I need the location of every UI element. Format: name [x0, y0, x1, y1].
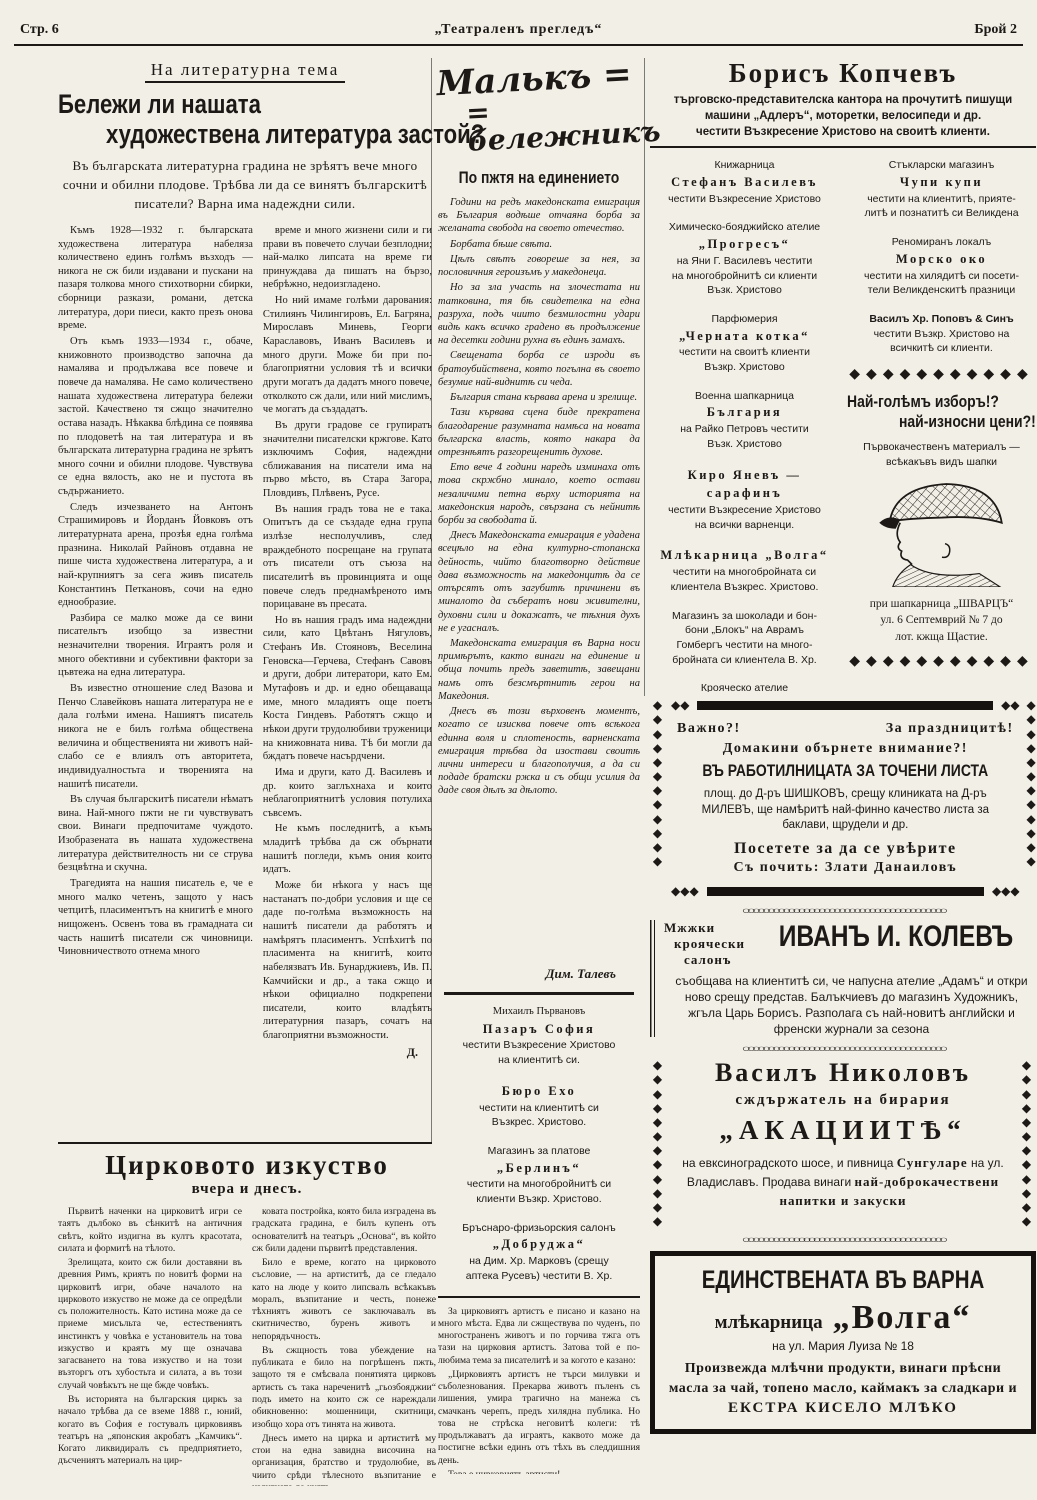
ad-line: Възк. Христово [650, 283, 839, 298]
classifieds: КнижарницаСтефанъ Василевъчестити Възкре… [650, 158, 1036, 692]
volga-box-ad: ЕДИНСТВЕНАТА ВЪ ВАРНА млѣкарница „Волга“… [650, 1251, 1036, 1434]
nikolov-body-bold1: Сунгуларе [897, 1155, 968, 1170]
notebook-body: Години на редъ македонската емиграция въ… [438, 196, 640, 966]
article-column-2-paras: време и много жизнени сили и ги прави въ… [263, 224, 432, 1043]
ad-line: Магазинъ за шоколади и бон- [650, 609, 839, 624]
ad-line: тели Великденскитѣ празници [847, 283, 1036, 298]
ad-line: Възк. Христово [650, 437, 839, 452]
flat-cap-man-illustration [867, 475, 1017, 587]
kopchev-name: Борисъ Копчевъ [650, 58, 1036, 89]
headline-line1: Бележи ли нашата [58, 90, 261, 120]
ad-line: на Райко Петровъ честити [650, 422, 839, 437]
nikolov-ad: ◆◆◆◆◆◆◆◆◆◆◆◆ Василъ Николовъ сждържатель… [650, 1058, 1036, 1228]
ad-line: честити Възкресение Христово [650, 503, 839, 518]
vajno-word2: За праздницитѣ! [886, 721, 1014, 737]
middle-ads-bottom-rule [438, 1296, 640, 1298]
kopchev-ad: Борисъ Копчевъ търговско-представителска… [650, 58, 1036, 140]
black-bar [707, 887, 984, 896]
ad-line: Военна шапкарница [650, 389, 839, 404]
ad-line: на Дим. Хр. Марковъ (срещу [438, 1254, 640, 1269]
ad-line: честити на многобройнитѣ си [438, 1177, 640, 1192]
paragraph: Борбата бѣше свѣта. [438, 238, 640, 251]
article-kicker-wrap: На литературна тема [58, 60, 432, 80]
circus-columns: Първитѣ наченки на цирковитѣ игри се тая… [58, 1206, 436, 1486]
hats-line1: Най-голѣмъ изборъ!? [847, 392, 999, 412]
paragraph: Може би нѣкога у насъ ще настанатъ по-до… [263, 879, 432, 1043]
vajno-content: ◆◆ ◆◆ Важно?! За праздницитѣ! Домакини о… [671, 698, 1020, 899]
vajno-signature: Съ почить: Злати Данаиловъ [671, 860, 1020, 876]
headline-line2: художествена литература застой? [106, 120, 484, 150]
paragraph: За цирковиятъ артистъ е писано и казано … [438, 1306, 640, 1367]
chain-separator: ○○○○○○○○○○○○○○○○○○○○○○○○○○○○○○○○○○○○○○○○ [650, 1238, 1036, 1244]
ad-line: Морско око [847, 250, 1036, 269]
classifieds-left-column: КнижарницаСтефанъ Василевъчестити Възкре… [650, 158, 839, 692]
ad-line: честити на многобройната си [650, 565, 839, 580]
ad-line: „Прогресъ“ [650, 235, 839, 254]
ad-line: Бюро Ехо [438, 1082, 640, 1101]
article-byline: Д. [263, 1045, 432, 1060]
middle-ads: Михаилъ ПървановъПазаръ Софиячестити Въз… [438, 1005, 640, 1284]
diamond-accent: ◆◆ [1001, 698, 1019, 713]
paragraph: Не къмъ последнитѣ, а къмъ младитѣ трѣбв… [263, 822, 432, 877]
ad-line: на многобройнитѣ си клиенти [650, 269, 839, 284]
ad-line: Пазаръ София [438, 1020, 640, 1039]
paragraph: Отъ къмъ 1933—1934 г., обаче, книжовното… [58, 335, 253, 499]
newspaper-page: Стр. 6 „Театраленъ прегледъ“ Брой 2 На л… [0, 0, 1037, 1500]
paragraph: Ето вече 4 години наредъ изминаха отъ то… [438, 461, 640, 527]
issue-number-label: Брой 2 [974, 22, 1017, 38]
ad-line: Бръснаро-фризьорския салонъ [438, 1221, 640, 1236]
hats-promo: Най-голѣмъ изборъ!? най-износни цени?! П… [847, 392, 1036, 469]
diamond-separator: ◆◆◆◆◆◆◆◆◆◆◆ [847, 368, 1036, 382]
circus-column-3: За цирковиятъ артистъ е писано и казано … [438, 1306, 640, 1474]
paragraph: България стана кървава арена и зрелище. [438, 391, 640, 404]
notebook-heading: По пжтя на единението [459, 168, 620, 188]
masthead-title: „Театраленъ прегледъ“ [0, 22, 1037, 38]
shvarts-ad: при шапкарница „ШВАРЦЪ“ул. 6 Септемврий … [847, 596, 1036, 644]
paragraph: Въ нашия градъ това не е така. Опитътъ д… [263, 503, 432, 612]
vajno-body: площ. до Д-ръ ШИШКОВЪ, срещу клиниката н… [671, 787, 1020, 834]
vajno-top-bar: ◆◆ ◆◆ [671, 698, 1020, 713]
ad-line: честити на своитѣ клиенти [650, 345, 839, 360]
kolev-label: Мжжки кроячески салонъ [664, 920, 745, 969]
paragraph: време и много жизнени сили и ги прави въ… [263, 224, 432, 292]
nikolov-content: Василъ Николовъ сждържатель на бирария „… [671, 1058, 1015, 1228]
classifieds-right-top: Стъкларски магазинъЧупи купичестити на к… [847, 158, 1036, 356]
article-column-2: време и много жизнени сили и ги прави въ… [263, 224, 432, 1116]
paragraph: Първитѣ наченки на цирковитѣ игри се тая… [58, 1206, 242, 1255]
notebook-bottom-rule [444, 992, 634, 995]
ad-line: бройната си клиентела В. Хр. [650, 653, 839, 668]
nikolov-subtitle: сждържатель на бирария [671, 1092, 1015, 1109]
paragraph: Въ историята на българския циркъ за нача… [58, 1394, 242, 1468]
kolev-label-line1: Мжжки [664, 920, 745, 936]
kolev-content: Мжжки кроячески салонъ ИВАНЪ И. КОЛЕВЪ с… [664, 920, 1037, 1038]
ad-line: Парфюмерия [650, 312, 839, 327]
kopchev-rule [650, 146, 1036, 148]
nikolov-body: на евксиноградското шосе, и пивница Сунг… [671, 1154, 1015, 1211]
diamond-border-left: ◆◆◆◆◆◆◆◆◆◆◆◆ [650, 698, 665, 899]
paragraph: Тази кървава сцена биде прекратена благо… [438, 406, 640, 459]
paragraph: Днесъ Македонската емиграция е удадена в… [438, 529, 640, 635]
notebook-logo: Малькъ = = бележникъ [436, 57, 642, 157]
ad-line: Крояческо ателие [650, 681, 839, 692]
lead-article: На литературна тема Бележи ли нашата худ… [58, 60, 432, 1116]
paragraph: Цѣлъ свѣтъ говореше за нея, за пословичн… [438, 253, 640, 279]
diamond-border-right: ◆◆◆◆◆◆◆◆◆◆◆◆ [1019, 1058, 1034, 1228]
paragraph: „Цирковиятъ артистъ не търси милувки и с… [438, 1369, 640, 1467]
ad-line: Магазинъ за платове [438, 1144, 640, 1159]
column-rule-right [644, 58, 645, 696]
paragraph: Но ний имаме голѣми дарования: Стилиянъ … [263, 294, 432, 417]
notebook-byline: Дим. Талевъ [438, 966, 640, 982]
ad-line: Василъ Хр. Поповъ & Синъ [847, 312, 1036, 327]
kolev-body: съобщава на клиентитѣ си, че напусна ате… [664, 973, 1037, 1038]
paragraph: ковата постройка, която била изградена в… [252, 1206, 436, 1255]
volga-title: ЕДИНСТВЕНАТА ВЪ ВАРНА [699, 1266, 988, 1295]
nikolov-name: Василъ Николовъ [671, 1058, 1015, 1088]
ad-line: аптека Русевъ) честити В. Хр. [438, 1269, 640, 1284]
nikolov-body-part1: на евксиноградското шосе, и пивница [682, 1156, 896, 1170]
cap-illustration-wrap [847, 475, 1036, 592]
diamond-separator: ◆◆◆◆◆◆◆◆◆◆◆ [847, 655, 1036, 669]
chain-separator: ○○○○○○○○○○○○○○○○○○○○○○○○○○○○○○○○○○○○○○○○ [650, 1047, 1036, 1053]
ad-line: честити Възкресение Христово [650, 192, 839, 207]
ad-line: Химическо-бояджийско ателие [650, 220, 839, 235]
volga-body: Произвежда млѣчни продукти, винаги прѣсн… [667, 1359, 1019, 1398]
ad-line: клиенти Възкр. Христово. [438, 1192, 640, 1207]
black-bar [697, 701, 993, 710]
kolev-label-line2: кроячески [674, 936, 745, 952]
paragraph: Зрелищата, които сж били доставяни въ др… [58, 1257, 242, 1392]
paragraph: Въ други градове се групиратъ значителни… [263, 419, 432, 501]
article-headline: Бележи ли нашата художествена литература… [58, 90, 432, 149]
diamond-accent: ◆◆◆ [992, 884, 1020, 899]
vajno-line3: ВЪ РАБОТИЛНИЦАТА ЗА ТОЧЕНИ ЛИСТА [702, 761, 988, 781]
ad-line: Реномиранъ локалъ [847, 235, 1036, 250]
ad-line: при шапкарница „ШВАРЦЪ“ [847, 596, 1036, 612]
ad-line: ул. 6 Септемврий № 7 до [847, 612, 1036, 628]
circus-top-rule [58, 1142, 432, 1144]
ad-line: Възкрес. Христово. [438, 1115, 640, 1130]
ad-line: Възкр. Христово [650, 360, 839, 375]
vajno-word1: Важно?! [677, 721, 741, 737]
kopchev-desc-2: машини „Адлеръ“, моторетки, велосипеди и… [650, 108, 1036, 124]
ad-line: „Добруджа“ [438, 1235, 640, 1254]
ad-line: честити Възкр. Христово на [847, 327, 1036, 342]
kopchev-desc-1: търговско-представителска кантора на про… [650, 92, 1036, 108]
circus-column-2: ковата постройка, която била изградена в… [252, 1206, 436, 1486]
diamond-border-right: ◆◆◆◆◆◆◆◆◆◆◆◆ [1024, 698, 1037, 899]
ad-line: честити Възкресение Христово [438, 1038, 640, 1053]
paragraph: Но за зла участь на злочестата ни татков… [438, 281, 640, 347]
notebook-heading-wrap: По пжтя на единението [438, 168, 640, 188]
volga-last-line: ЕКСТРА КИСЕЛО МЛѢКО [667, 1400, 1019, 1417]
paragraph: Трагедията на нашия писатель е, че е мно… [58, 877, 253, 959]
ad-line: на всички варненци. [650, 518, 839, 533]
ad-line: честити на клиентитѣ, прияте- [847, 192, 1036, 207]
volga-name: „Волга“ [833, 1299, 972, 1337]
volga-milk-word: млѣкарница [715, 1312, 823, 1334]
kolev-ad: Мжжки кроячески салонъ ИВАНЪ И. КОЛЕВЪ с… [650, 920, 1036, 1038]
kolev-label-line3: салонъ [684, 952, 745, 968]
circus-subtitle: вчера и днесъ. [58, 1181, 436, 1198]
paragraph: Въ сжщность това убеждение на публиката … [252, 1345, 436, 1431]
paragraph: Било е време, когато на цирковото съслов… [252, 1257, 436, 1343]
chain-separator: ○○○○○○○○○○○○○○○○○○○○○○○○○○○○○○○○○○○○○○○○ [650, 909, 1036, 915]
ad-line: бони „Блокъ“ на Аврамъ [650, 623, 839, 638]
classifieds-right-column: Стъкларски магазинъЧупи купичестити на к… [847, 158, 1036, 692]
ad-line: „Берлинъ“ [438, 1159, 640, 1178]
diamond-accent: ◆◆ [671, 698, 689, 713]
paragraph: Къмъ 1928—1932 г. българската художестве… [58, 224, 253, 333]
paragraph: Следъ изчезването на Антонъ Страшимировъ… [58, 501, 253, 610]
paragraph: Това е цирковиятъ артисти! [438, 1469, 640, 1474]
ad-line: на клиентитѣ си. [438, 1053, 640, 1068]
circus-column-1: Първитѣ наченки на цирковитѣ игри се тая… [58, 1206, 242, 1486]
circus-article: Цирковото изкуство вчера и днесъ. Първит… [58, 1150, 436, 1486]
article-column-1: Къмъ 1928—1932 г. българската художестве… [58, 224, 253, 1116]
paragraph: Днесъ въ този върховенъ моментъ, когато … [438, 705, 640, 798]
ad-line: Стъкларски магазинъ [847, 158, 1036, 173]
hats-line3: Първокачественъ материалъ — [847, 440, 1036, 455]
paragraph: Свещената борба се изроди въ братоубийст… [438, 349, 640, 389]
notebook-logo-line1: Малькъ = [436, 57, 640, 102]
ad-line: Млѣкарница „Волга“ [650, 546, 839, 565]
ad-line: Киро Яневъ — сарафинъ [650, 466, 839, 504]
vajno-line2: Домакини обърнете внимание?! [671, 741, 1020, 757]
paragraph: Но въ нашия градъ има надеждни сили, кат… [263, 614, 432, 764]
circus-title: Цирковото изкуство [58, 1150, 436, 1181]
ad-line: Михаилъ Първановъ [438, 1005, 640, 1020]
volga-address: на ул. Мария Луиза № 18 [667, 1339, 1019, 1353]
ad-line: лот. кжща Щастие. [847, 629, 1036, 645]
right-section: Борисъ Копчевъ търговско-представителска… [650, 58, 1036, 1434]
ad-line: клиентела Възкрес. Христово. [650, 580, 839, 595]
ad-line: „Черната котка“ [650, 327, 839, 346]
ad-line: България [650, 403, 839, 422]
paragraph: Днесъ името на цирка и артиститѣ му стои… [252, 1433, 436, 1486]
paragraph: Въ известно отношение след Вазова и Пенч… [58, 682, 253, 791]
ad-line: честити на клиентитѣ си [438, 1101, 640, 1116]
ad-line: Чупи купи [847, 173, 1036, 192]
diamond-border-left: ◆◆◆◆◆◆◆◆◆◆◆◆ [650, 1058, 665, 1228]
vajno-bottom-bar: ◆◆◆ ◆◆◆ [671, 884, 1020, 899]
hats-line4: всѣкакъвъ видъ шапки [847, 455, 1036, 470]
hats-line2: най-износни цени?! [899, 412, 1036, 432]
vajno-ad: ◆◆◆◆◆◆◆◆◆◆◆◆ ◆◆ ◆◆ Важно?! За праздницит… [650, 698, 1036, 899]
nikolov-venue-name: „АКАЦИИТѢ“ [671, 1115, 1015, 1146]
header-rule [14, 44, 1023, 46]
vajno-visit: Посетете за да се увѣрите [671, 840, 1020, 858]
ad-line: литѣ и познатитѣ си Великдена [847, 206, 1036, 221]
paragraph: Македонската емиграция въ Варна носи при… [438, 637, 640, 703]
diamond-accent: ◆◆◆ [671, 884, 699, 899]
paragraph: Години на редъ македонската емиграция въ… [438, 196, 640, 236]
article-kicker: На литературна тема [145, 60, 346, 83]
paragraph: Въ случая българскитѣ писатели нѣматъ ви… [58, 793, 253, 875]
article-deck: Въ българската литературна градина не зр… [58, 157, 432, 214]
paragraph: Има и други, като Д. Василевъ и др. коит… [263, 766, 432, 821]
ad-line: Гомбергъ честити на много- [650, 638, 839, 653]
article-columns: Къмъ 1928—1932 г. българската художестве… [58, 224, 432, 1116]
line-border-left [650, 920, 657, 1038]
ad-line: на Яни Г. Василевъ честити [650, 254, 839, 269]
ad-line: Книжарница [650, 158, 839, 173]
ad-line: Стефанъ Василевъ [650, 173, 839, 192]
notebook-column: Малькъ = = бележникъ По пжтя на единение… [438, 62, 640, 1474]
kopchev-desc-3: честити Възкресение Христово на своитѣ к… [650, 124, 1036, 140]
paragraph: Разбира се малко може да се вини писател… [58, 612, 253, 680]
ad-line: всичкитѣ си клиенти. [847, 341, 1036, 356]
kolev-name: ИВАНЪ И. КОЛЕВЪ [779, 920, 1013, 954]
ad-line: честити на хилядитѣ си посети- [847, 269, 1036, 284]
